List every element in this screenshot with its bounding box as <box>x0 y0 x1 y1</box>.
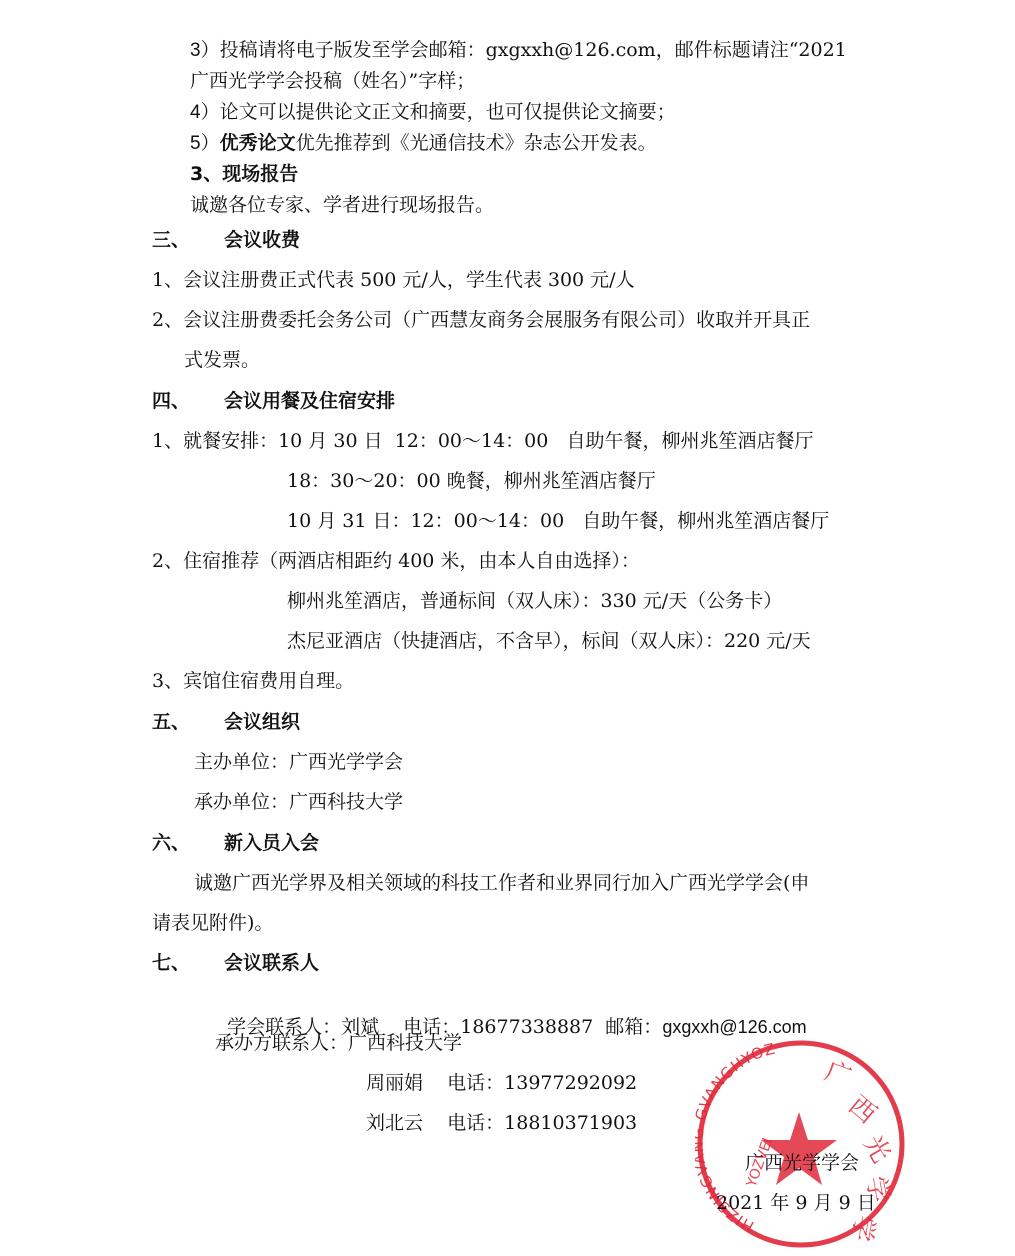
host-unit: 主办单位：广西光学学会 <box>194 750 403 774</box>
section-number: 三、 <box>152 228 224 252</box>
organizer-contact: 承办方联系人：广西科技大学 <box>215 1031 462 1055</box>
section-title: 会议用餐及住宿安排 <box>224 390 395 412</box>
section-heading-membership: 六、新入员入会 <box>152 831 319 855</box>
item-text: 论文可以提供论文正文和摘要，也可仅提供论文摘要； <box>220 101 676 123</box>
lodging-recommendation: 2、住宿推荐（两酒店相距约 400 米，由本人自由选择）： <box>152 549 640 573</box>
organizer-contact-person-1: 周丽娟 电话：13977292092 <box>366 1071 637 1095</box>
submission-item-4: 4）论文可以提供论文正文和摘要，也可仅提供论文摘要； <box>190 100 676 125</box>
section-number: 五、 <box>152 710 224 734</box>
section-title: 会议组织 <box>224 711 300 733</box>
submission-item-3: 3）投稿请将电子版发至学会邮箱：gxgxxh@126.com，邮件标题请注“20… <box>190 38 847 63</box>
onsite-report-text: 诚邀各位专家、学者进行现场报告。 <box>190 193 494 217</box>
item-number: 4） <box>190 102 220 123</box>
society-email-link[interactable]: gxgxxh@126.com <box>662 1017 806 1037</box>
section-title: 会议收费 <box>224 229 300 251</box>
section-number: 七、 <box>152 951 224 975</box>
item-number: 3） <box>190 40 220 61</box>
hotel-2: 杰尼亚酒店（快捷酒店，不含早），标间（双人床）：220 元/天 <box>287 629 811 653</box>
svg-text:西: 西 <box>843 1090 882 1130</box>
fees-item-2: 2、会议注册费委托会务公司（广西慧友商务会展服务有限公司）收取并开具正 <box>152 308 810 332</box>
organizer-unit: 承办单位：广西科技大学 <box>194 790 403 814</box>
section-number: 四、 <box>152 389 224 413</box>
dining-line-2: 18：30～20：00 晚餐，柳州兆笙酒店餐厅 <box>287 469 656 493</box>
dining-line-1: 1、就餐安排：10 月 30 日 12：00～14：00 自助午餐，柳州兆笙酒店… <box>152 429 813 453</box>
item-text: 优先推荐到《光通信技术》杂志公开发表。 <box>296 132 657 154</box>
membership-text-cont: 请表见附件)。 <box>152 911 273 935</box>
section-heading-meals: 四、会议用餐及住宿安排 <box>152 389 395 413</box>
svg-text:光: 光 <box>857 1131 896 1169</box>
membership-text: 诚邀广西光学界及相关领域的科技工作者和业界同行加入广西光学学会(申 <box>194 871 809 895</box>
section-number: 六、 <box>152 831 224 855</box>
subsection-heading-onsite-report: 3、现场报告 <box>190 162 298 186</box>
dining-schedule: 10 月 30 日 12：00～14：00 自助午餐，柳州兆笙酒店餐厅 <box>278 430 813 452</box>
section-heading-organization: 五、会议组织 <box>152 710 300 734</box>
dining-label: 1、就餐安排： <box>152 430 278 452</box>
item-bold-text: 优秀论文 <box>220 132 296 154</box>
submission-item-5: 5）优秀论文优先推荐到《光通信技术》杂志公开发表。 <box>190 131 657 156</box>
svg-text:学: 学 <box>846 1213 880 1244</box>
signature-date: 2021 年 9 月 9 日 <box>716 1191 876 1215</box>
item-number: 5） <box>190 133 220 154</box>
item-text: 投稿请将电子版发至学会邮箱：gxgxxh@126.com，邮件标题请注“2021 <box>220 39 847 61</box>
lodging-self-pay: 3、宾馆住宿费用自理。 <box>152 669 354 693</box>
section-title: 新入员入会 <box>224 832 319 854</box>
fees-item-2-cont: 式发票。 <box>184 348 260 372</box>
official-seal-stamp-icon: HIZSJNGVANG GVANGHYOZ 广 西 光 学 学 YOZVEI <box>695 1038 907 1250</box>
dining-line-3: 10 月 31 日：12：00～14：00 自助午餐，柳州兆笙酒店餐厅 <box>287 509 829 533</box>
section-heading-contacts: 七、会议联系人 <box>152 951 319 975</box>
signature-org: 广西光学学会 <box>745 1151 859 1175</box>
submission-item-3-cont: 广西光学学会投稿（姓名）”字样； <box>190 69 475 93</box>
fees-item-1: 1、会议注册费正式代表 500 元/人，学生代表 300 元/人 <box>152 268 635 292</box>
section-title: 会议联系人 <box>224 952 319 974</box>
svg-text:广: 广 <box>821 1056 856 1093</box>
hotel-1: 柳州兆笙酒店，普通标间（双人床）：330 元/天（公务卡） <box>287 589 782 613</box>
organizer-contact-person-2: 刘北云 电话：18810371903 <box>366 1111 637 1135</box>
section-heading-fees: 三、会议收费 <box>152 228 300 252</box>
